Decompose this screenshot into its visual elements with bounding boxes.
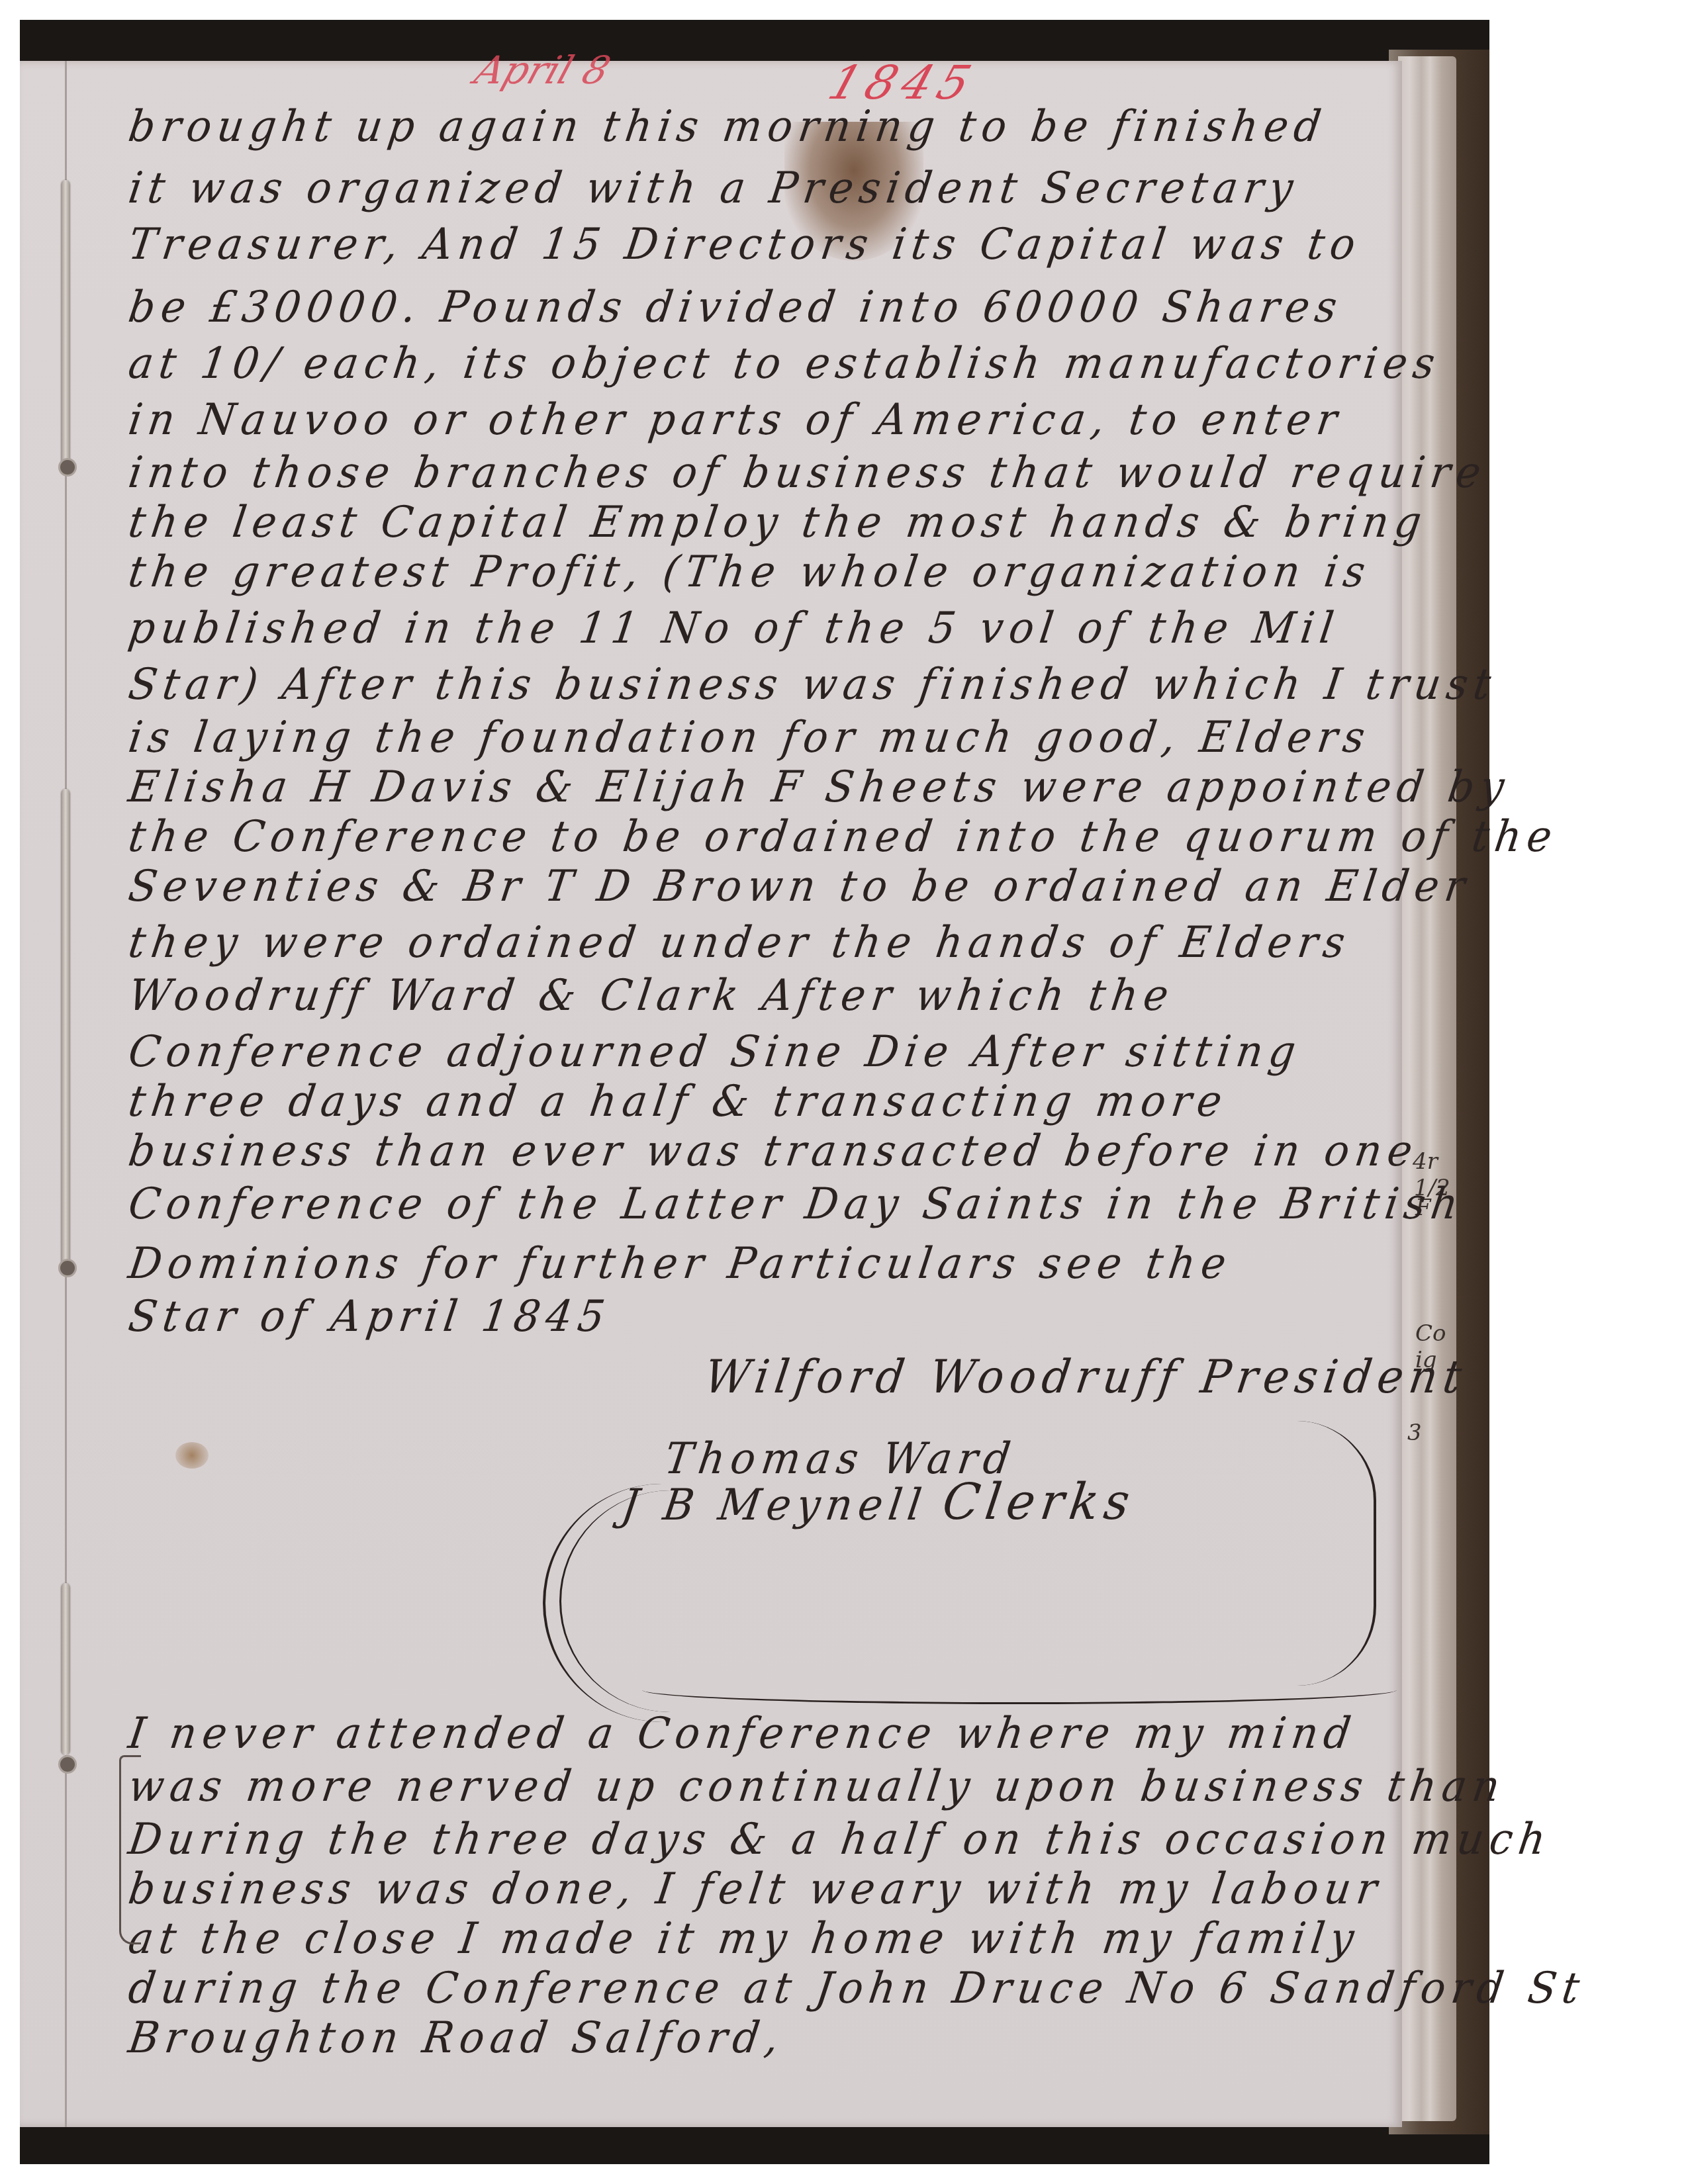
text-line: Star) After this business was finished w… [126, 659, 1500, 709]
text-line: at 10/ each, its object to establish man… [126, 338, 1444, 388]
text-line: Star of April 1845 [126, 1291, 614, 1342]
text-line: Dominions for further Particulars see th… [126, 1238, 1235, 1289]
text-line: the least Capital Employ the most hands … [126, 496, 1430, 547]
signature-president: Wilford Woodruff President [701, 1350, 1471, 1404]
text-line: was more nerved up continually upon busi… [126, 1760, 1509, 1811]
text-line: in Nauvoo or other parts of America, to … [126, 394, 1346, 445]
text-line: during the Conference at John Druce No 6… [126, 1962, 1589, 2013]
text-line: published in the 11 No of the 5 vol of t… [126, 602, 1343, 653]
signature-flourish [642, 1676, 1397, 1704]
binding-cord [61, 789, 70, 1265]
text-line: Elisha H Davis & Elijah F Sheets were ap… [126, 761, 1513, 812]
text-line: the greatest Profit, (The whole organiza… [126, 546, 1375, 597]
text-line: business was done, I felt weary with my … [126, 1863, 1386, 1914]
text-line: Conference adjourned Sine Die After sitt… [126, 1026, 1305, 1077]
text-line: Conference of the Latter Day Saints in t… [126, 1178, 1468, 1229]
text-line: brought up again this morning to be fini… [126, 101, 1331, 152]
journal-entry: brought up again this morning to be fini… [129, 61, 1420, 2127]
text-line: Seventies & Br T D Brown to be ordained … [126, 860, 1474, 911]
journal-page: April 8 1845 brought up again this morni… [20, 61, 1402, 2127]
binding-knot [58, 1755, 77, 1774]
text-line: business than ever was transacted before… [126, 1125, 1422, 1176]
text-line: Woodruff Ward & Clark After which the [126, 970, 1178, 1021]
margin-bracket [119, 1755, 141, 1944]
binding-cord [61, 180, 70, 471]
text-line: Broughton Road Salford, [126, 2012, 788, 2063]
text-line: is laying the foundation for much good, … [126, 711, 1374, 762]
text-line: During the three days & a half on this o… [126, 1813, 1555, 1864]
clerks-label: Clerks [939, 1473, 1139, 1531]
text-line: Treasurer, And 15 Directors its Capital … [126, 218, 1365, 269]
text-line: be £30000. Pounds divided into 60000 Sha… [126, 281, 1346, 332]
text-line: into those branches of business that wou… [126, 447, 1490, 498]
text-line: they were ordained under the hands of El… [126, 917, 1354, 968]
binding-knot [58, 458, 77, 477]
binding-cord [61, 1583, 70, 1755]
text-line: the Conference to be ordained into the q… [126, 811, 1562, 862]
binding-knot [58, 1259, 77, 1277]
text-line: it was organized with a President Secret… [126, 162, 1302, 213]
text-line: at the close I made it my home with my f… [126, 1913, 1364, 1964]
text-line: I never attended a Conference where my m… [126, 1707, 1360, 1758]
signature-bracket-right [1294, 1421, 1376, 1686]
text-line: three days and a half & transacting more [126, 1075, 1231, 1126]
